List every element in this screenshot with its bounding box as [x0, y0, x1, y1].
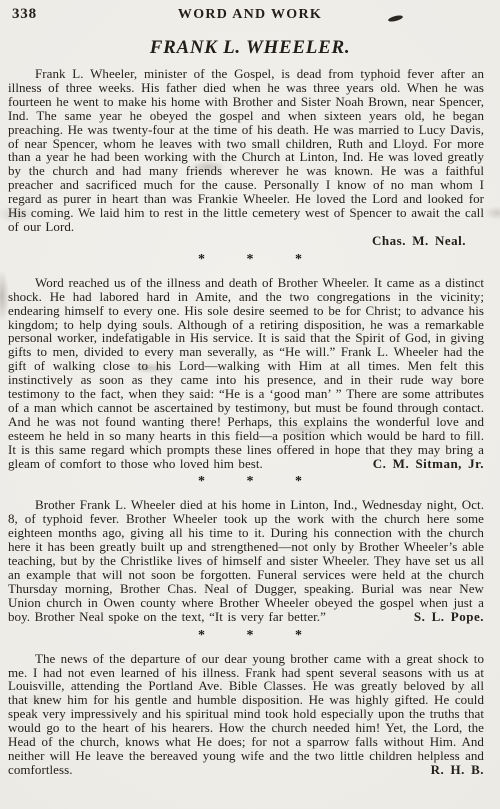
publication-title: WORD AND WORK	[0, 7, 500, 23]
page-header: 338 WORD AND WORK	[0, 0, 500, 28]
article-title: FRANK L. WHEELER.	[0, 37, 500, 59]
obituary-text-1: Frank L. Wheeler, minister of the Gospel…	[8, 66, 484, 234]
asterisk-separator-2: * * *	[0, 474, 500, 490]
obituary-section-4: The news of the departure of our dear yo…	[8, 652, 484, 777]
obituary-text-3: Brother Frank L. Wheeler died at his hom…	[8, 497, 484, 623]
signature-c-m-sitman: C. M. Sitman, Jr.	[334, 457, 484, 471]
signature-r-h-b: R. H. B.	[392, 763, 484, 777]
obituary-section-1: Frank L. Wheeler, minister of the Gospel…	[8, 67, 484, 248]
obituary-text-2: Word reached us of the illness and death…	[8, 275, 484, 471]
obituary-section-2: Word reached us of the illness and death…	[8, 276, 484, 471]
signature-s-l-pope: S. L. Pope.	[375, 610, 484, 624]
obituary-text-4: The news of the departure of our dear yo…	[8, 651, 484, 777]
signature-chas-m-neal: Chas. M. Neal.	[8, 234, 484, 248]
asterisk-separator-3: * * *	[0, 628, 500, 644]
asterisk-separator-1: * * *	[0, 252, 500, 268]
scanned-document-page: 338 WORD AND WORK FRANK L. WHEELER. Fran…	[0, 0, 500, 809]
obituary-section-3: Brother Frank L. Wheeler died at his hom…	[8, 498, 484, 623]
